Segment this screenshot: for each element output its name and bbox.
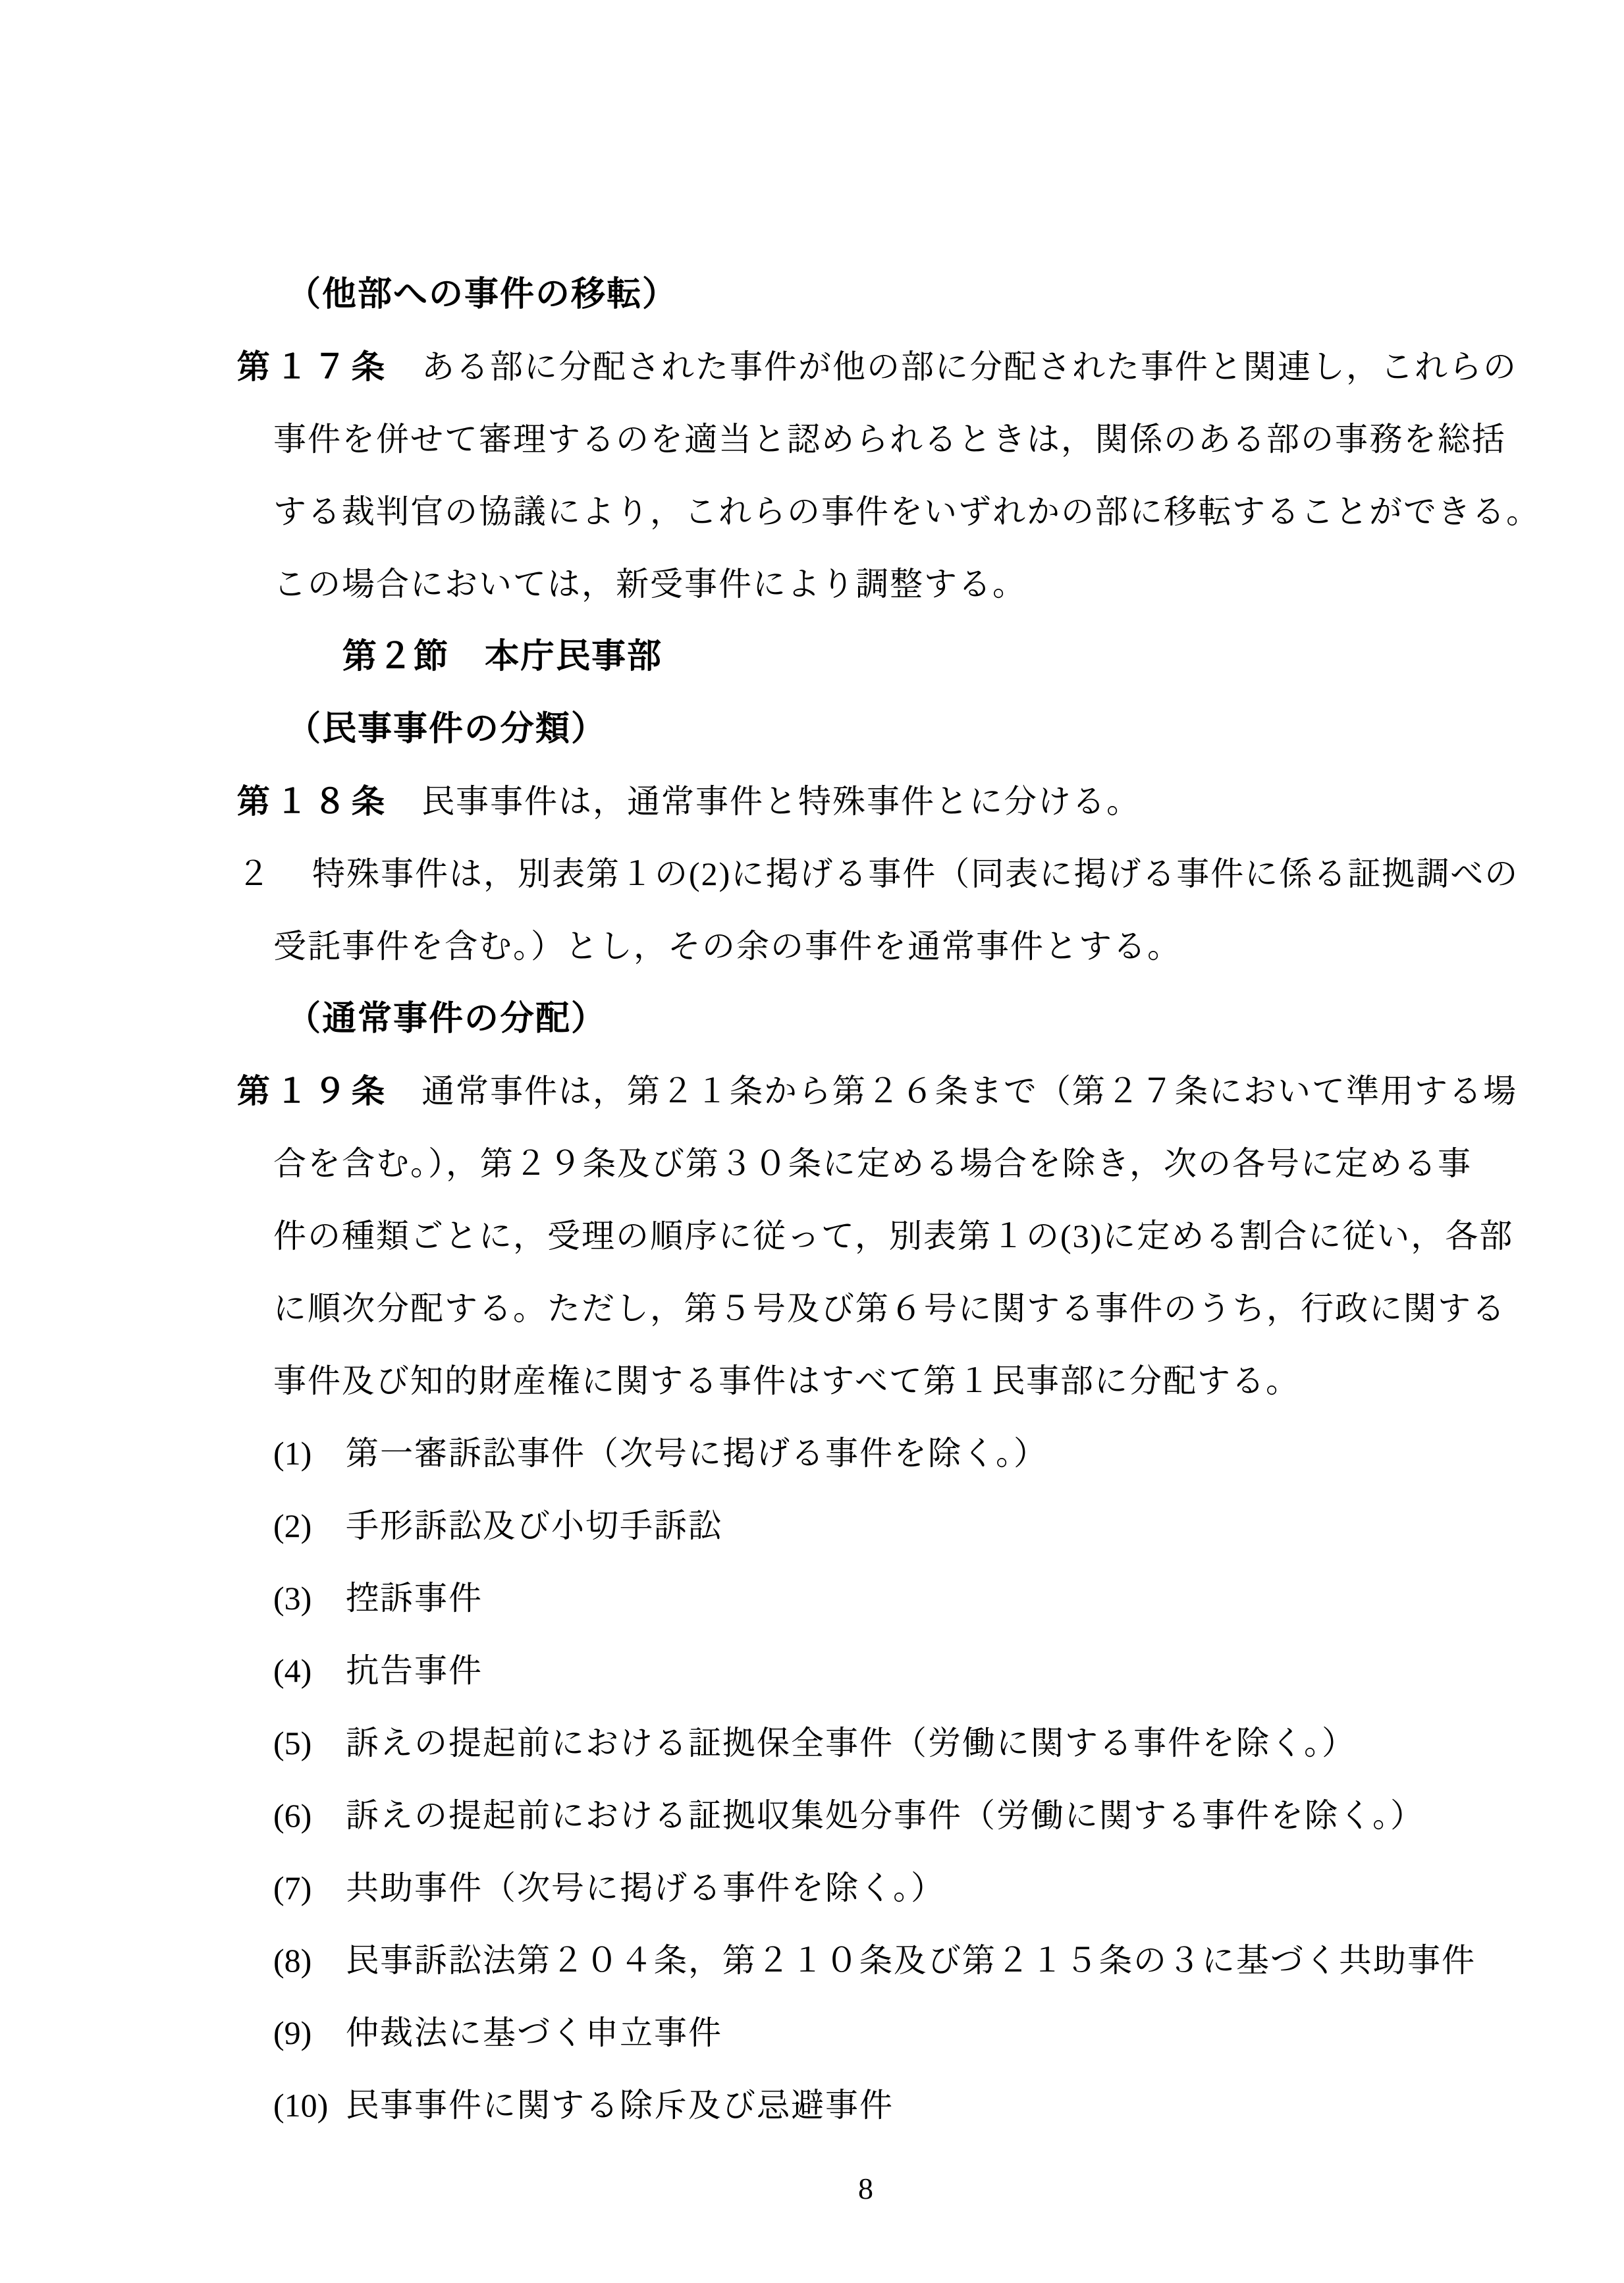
item-2: (2)手形訴訟及び小切手訴訟 — [273, 1490, 1475, 1562]
caption-civil-case-classification: （民事事件の分類） — [286, 693, 1475, 765]
section-2-heading: 第２節 本庁民事部 — [342, 620, 1475, 693]
article-17-line-4: この場合においては，新受事件により調整する。 — [273, 548, 1475, 620]
article-18-line-1: 第１８条民事事件は，通常事件と特殊事件とに分ける。 — [237, 765, 1475, 838]
article-17-line-1: 第１７条ある部に分配された事件が他の部に分配された事件と関連し，これらの — [237, 331, 1475, 403]
article-17-text: ある部に分配された事件が他の部に分配された事件と関連し，これらの — [421, 348, 1517, 385]
caption-ordinary-case-distribution: （通常事件の分配） — [286, 982, 1475, 1055]
article-19-line-1: 第１９条通常事件は，第２１条から第２６条まで（第２７条において準用する場 — [237, 1055, 1475, 1127]
caption-transfer-of-cases: （他部への事件の移転） — [286, 258, 1475, 331]
item-4-text: 抗告事件 — [346, 1652, 483, 1689]
article-19-number: 第１９条 — [237, 1073, 390, 1110]
item-5-number: (5) — [273, 1707, 346, 1779]
paragraph-2-line-2: 受託事件を含む。）とし，その余の事件を通常事件とする。 — [273, 910, 1475, 982]
item-6: (6)訴えの提起前における証拠収集処分事件（労働に関する事件を除く。） — [273, 1779, 1475, 1852]
article-19-line-5: 事件及び知的財産権に関する事件はすべて第１民事部に分配する。 — [273, 1345, 1475, 1417]
item-3: (3)控訴事件 — [273, 1562, 1475, 1634]
item-1: (1)第一審訴訟事件（次号に掲げる事件を除く。） — [273, 1417, 1475, 1490]
item-8-number: (8) — [273, 1924, 346, 1997]
article-19-text: 通常事件は，第２１条から第２６条まで（第２７条において準用する場 — [421, 1073, 1517, 1110]
item-2-number: (2) — [273, 1490, 346, 1562]
article-19-line-2: 合を含む。），第２９条及び第３０条に定める場合を除き，次の各号に定める事 — [273, 1127, 1475, 1200]
article-17-line-3: する裁判官の協議により，これらの事件をいずれかの部に移転することができる。 — [273, 475, 1475, 548]
item-3-text: 控訴事件 — [346, 1580, 483, 1617]
item-7: (7)共助事件（次号に掲げる事件を除く。） — [273, 1852, 1475, 1924]
item-6-text: 訴えの提起前における証拠収集処分事件（労働に関する事件を除く。） — [346, 1797, 1424, 1834]
item-4: (4)抗告事件 — [273, 1634, 1475, 1707]
item-7-number: (7) — [273, 1852, 346, 1924]
item-1-text: 第一審訴訟事件（次号に掲げる事件を除く。） — [346, 1435, 1048, 1472]
item-9-number: (9) — [273, 1997, 346, 2069]
item-9-text: 仲裁法に基づく申立事件 — [346, 2014, 722, 2051]
article-18-text: 民事事件は，通常事件と特殊事件とに分ける。 — [421, 783, 1141, 820]
page-number: 8 — [858, 2169, 873, 2209]
item-4-number: (4) — [273, 1634, 346, 1707]
item-6-number: (6) — [273, 1779, 346, 1852]
item-8: (8)民事訴訟法第２０４条，第２１０条及び第２１５条の３に基づく共助事件 — [273, 1924, 1475, 1997]
paragraph-2-line-1: ２特殊事件は，別表第１の(2)に掲げる事件（同表に掲げる事件に係る証拠調べの — [237, 838, 1475, 910]
item-5: (5)訴えの提起前における証拠保全事件（労働に関する事件を除く。） — [273, 1707, 1475, 1779]
item-10-number: (10) — [273, 2069, 346, 2141]
paragraph-2-text: 特殊事件は，別表第１の(2)に掲げる事件（同表に掲げる事件に係る証拠調べの — [312, 855, 1519, 892]
article-19-line-4: に順次分配する。ただし，第５号及び第６号に関する事件のうち，行政に関する — [273, 1272, 1475, 1345]
article-19-line-3: 件の種類ごとに，受理の順序に従って，別表第１の(3)に定める割合に従い，各部 — [273, 1200, 1475, 1272]
item-8-text: 民事訴訟法第２０４条，第２１０条及び第２１５条の３に基づく共助事件 — [346, 1942, 1476, 1979]
item-2-text: 手形訴訟及び小切手訴訟 — [346, 1507, 722, 1544]
item-10-text: 民事事件に関する除斥及び忌避事件 — [346, 2087, 894, 2124]
item-3-number: (3) — [273, 1562, 346, 1634]
item-9: (9)仲裁法に基づく申立事件 — [273, 1997, 1475, 2069]
item-7-text: 共助事件（次号に掲げる事件を除く。） — [346, 1869, 945, 1906]
article-18-number: 第１８条 — [237, 783, 390, 820]
item-5-text: 訴えの提起前における証拠保全事件（労働に関する事件を除く。） — [346, 1725, 1356, 1761]
item-1-number: (1) — [273, 1417, 346, 1490]
paragraph-2-number: ２ — [237, 855, 271, 892]
document-body: （他部への事件の移転） 第１７条ある部に分配された事件が他の部に分配された事件と… — [237, 258, 1475, 2141]
article-17-line-2: 事件を併せて審理するのを適当と認められるときは，関係のある部の事務を総括 — [273, 403, 1475, 475]
document-page: （他部への事件の移転） 第１７条ある部に分配された事件が他の部に分配された事件と… — [0, 0, 1624, 2283]
item-10: (10)民事事件に関する除斥及び忌避事件 — [273, 2069, 1475, 2141]
article-17-number: 第１７条 — [237, 348, 390, 385]
